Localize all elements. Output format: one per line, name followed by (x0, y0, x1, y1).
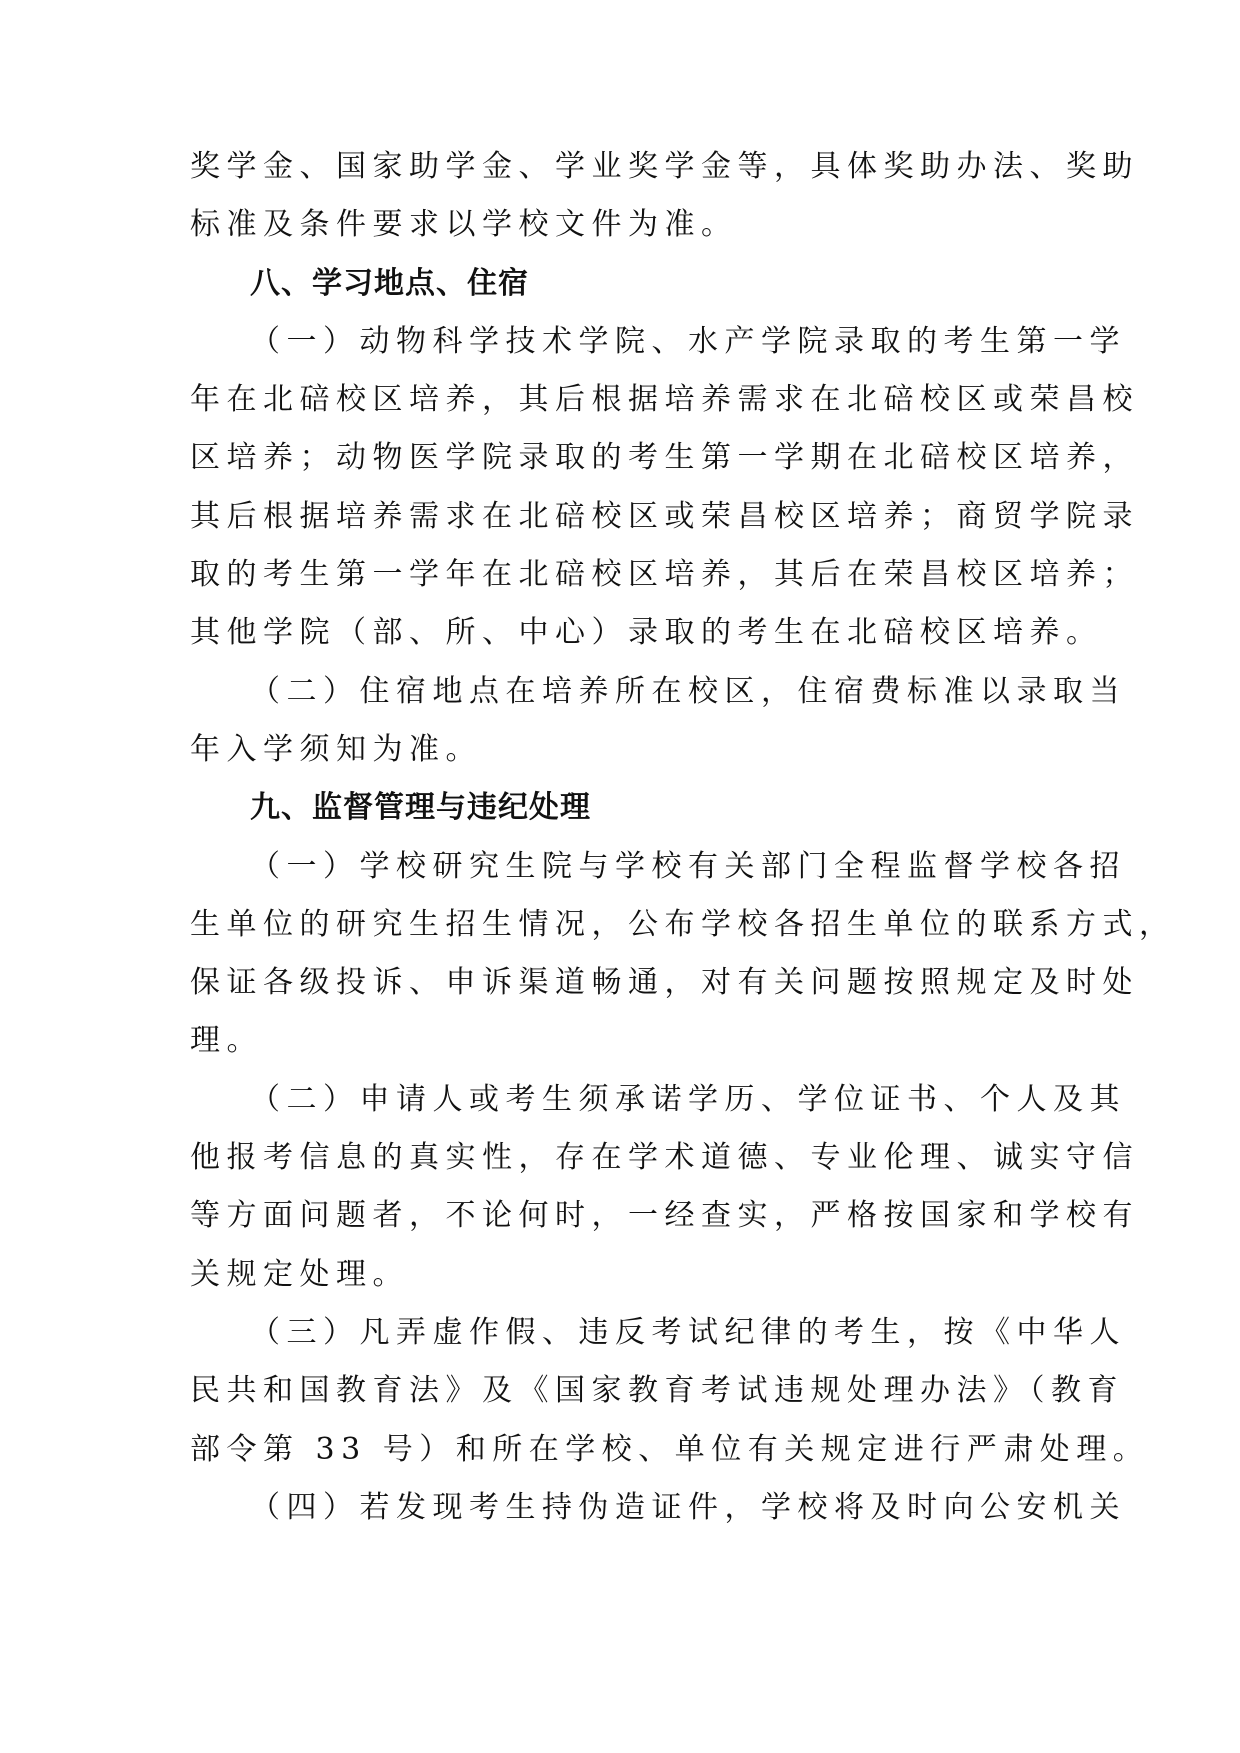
body-line: 其他学院（部、所、中心）录取的考生在北碚校区培养。 (190, 604, 1050, 662)
body-line: 其后根据培养需求在北碚校区或荣昌校区培养；商贸学院录 (190, 488, 1050, 546)
section-heading-8: 八、学习地点、住宿 (190, 255, 1050, 313)
body-line: 标准及条件要求以学校文件为准。 (190, 196, 1050, 254)
body-line: 民共和国教育法》及《国家教育考试违规处理办法》（教育 (190, 1362, 1050, 1420)
body-line: 他报考信息的真实性，存在学术道德、专业伦理、诚实守信 (190, 1129, 1050, 1187)
body-line: 部令第 33 号）和所在学校、单位有关规定进行严肃处理。 (190, 1421, 1050, 1479)
body-line: 理。 (190, 1012, 1050, 1070)
body-line: 奖学金、国家助学金、学业奖学金等，具体奖助办法、奖助 (190, 138, 1050, 196)
document-page: 奖学金、国家助学金、学业奖学金等，具体奖助办法、奖助 标准及条件要求以学校文件为… (190, 138, 1050, 1537)
paragraph-start: （四）若发现考生持伪造证件，学校将及时向公安机关 (190, 1479, 1050, 1537)
paragraph-start: （二）申请人或考生须承诺学历、学位证书、个人及其 (190, 1071, 1050, 1129)
body-line: 取的考生第一学年在北碚校区培养，其后在荣昌校区培养； (190, 546, 1050, 604)
paragraph-start: （一）学校研究生院与学校有关部门全程监督学校各招 (190, 838, 1050, 896)
paragraph-start: （三）凡弄虚作假、违反考试纪律的考生，按《中华人 (190, 1304, 1050, 1362)
body-line: 等方面问题者，不论何时，一经查实，严格按国家和学校有 (190, 1187, 1050, 1245)
section-heading-9: 九、监督管理与违纪处理 (190, 779, 1050, 837)
body-line: 关规定处理。 (190, 1246, 1050, 1304)
body-line: 年入学须知为准。 (190, 721, 1050, 779)
paragraph-start: （二）住宿地点在培养所在校区，住宿费标准以录取当 (190, 663, 1050, 721)
body-line: 生单位的研究生招生情况，公布学校各招生单位的联系方式， (190, 896, 1050, 954)
body-line: 保证各级投诉、申诉渠道畅通，对有关问题按照规定及时处 (190, 954, 1050, 1012)
paragraph-start: （一）动物科学技术学院、水产学院录取的考生第一学 (190, 313, 1050, 371)
body-line: 年在北碚校区培养，其后根据培养需求在北碚校区或荣昌校 (190, 371, 1050, 429)
body-line: 区培养；动物医学院录取的考生第一学期在北碚校区培养， (190, 429, 1050, 487)
